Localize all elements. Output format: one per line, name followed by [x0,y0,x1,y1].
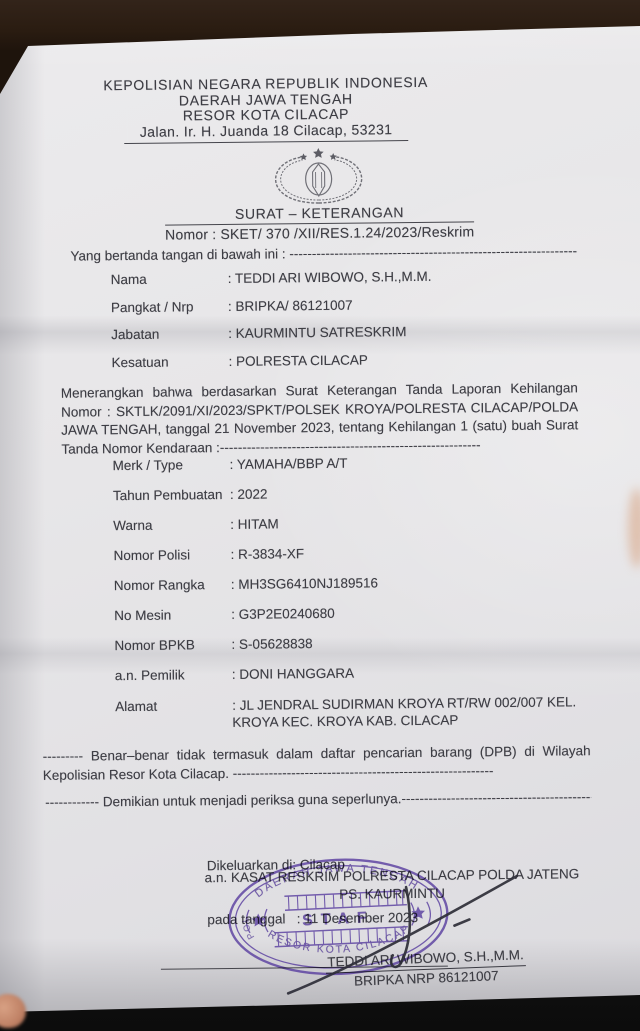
photo-of-document: KEPOLISIAN NEGARA REPUBLIK INDONESIA DAE… [0,0,640,1031]
field-label: Jabatan [111,326,228,342]
title-block: SURAT – KETERANGAN Nomor : SKET/ 370 /XI… [0,202,640,245]
statement-paragraph: Menerangkan bahwa berdasarkan Surat Kete… [61,379,579,458]
document-content: KEPOLISIAN NEGARA REPUBLIK INDONESIA DAE… [0,0,640,1031]
field-value: : KAURMINTU SATRESKRIM [228,322,580,341]
field-value: : TEDDI ARI WIBOWO, S.H.,M.M. [228,267,580,286]
police-emblem-icon [268,145,369,208]
field-label: Nomor Polisi [113,547,230,563]
finger-right-edge [628,488,640,568]
field-value: : DONI HANGGARA [232,663,584,682]
field-label: Kesatuan [111,353,228,369]
field-label: No Mesin [114,607,231,623]
letterhead: KEPOLISIAN NEGARA REPUBLIK INDONESIA DAE… [0,74,536,145]
table-row: Kesatuan: POLRESTA CILACAP [111,350,598,383]
field-label: Merk / Type [113,457,230,473]
field-label: Nomor BPKB [114,637,231,653]
field-value: : MH3SG6410NJ189516 [231,573,583,592]
field-label: Pangkat / Nrp [111,298,228,314]
table-row: Alamat: JL JENDRAL SUDIRMAN KROYA RT/RW … [115,693,602,744]
handwritten-signature [239,848,541,1021]
field-value: : POLRESTA CILACAP [228,350,580,369]
field-value: : YAMAHA/BBP A/T [230,453,582,472]
officer-details: Nama: TEDDI ARI WIBOWO, S.H.,M.M. Pangka… [111,267,599,382]
field-value: : 2022 [230,483,582,502]
field-label: Nama [111,271,228,287]
field-label: Nomor Rangka [114,577,231,593]
field-value: : S-05628838 [231,633,583,652]
field-value: : JL JENDRAL SUDIRMAN KROYA RT/RW 002/00… [232,693,584,731]
intro-line: Yang bertanda tangan di bawah ini : ----… [70,243,577,263]
closing-remark: ------------ Demikian untuk menjadi peri… [45,789,591,810]
field-label: Tahun Pembuatan [113,487,230,503]
field-label: Warna [113,517,230,533]
vehicle-details: Merk / Type: YAMAHA/BBP A/T Tahun Pembua… [113,453,603,744]
org-address: Jalan. Ir. H. Juanda 18 Cilacap, 53231 [124,122,409,143]
field-value: : R-3834-XF [230,543,582,562]
field-label: Alamat [115,697,232,715]
closing-statement: --------- Benar–benar tidak termasuk dal… [43,741,591,785]
field-value: : HITAM [230,513,582,532]
field-label: a.n. Pemilik [115,667,232,683]
document-number: Nomor : SKET/ 370 /XII/RES.1.24/2023/Res… [165,222,474,242]
field-value: : BRIPKA/ 86121007 [228,295,580,314]
field-value: : G3P2E0240680 [231,603,583,622]
